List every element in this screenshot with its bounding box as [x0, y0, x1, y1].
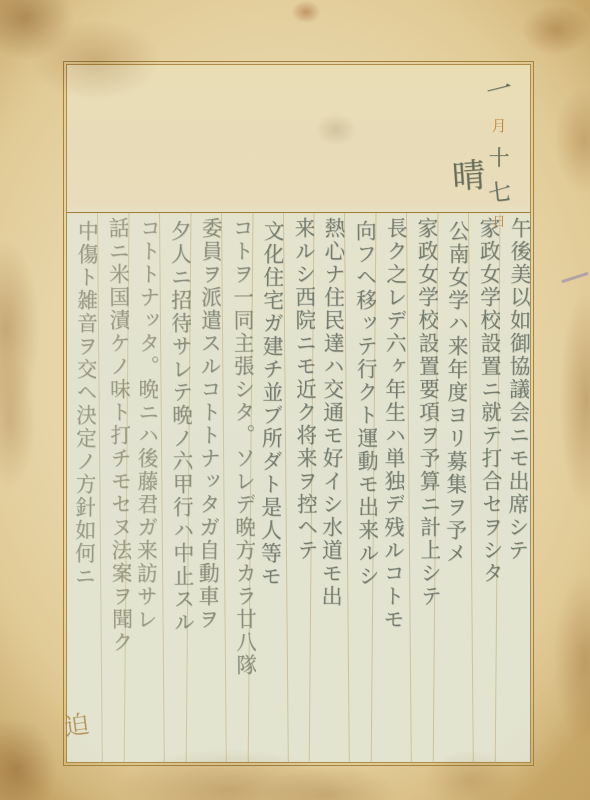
- pen-mark: [561, 272, 589, 284]
- diary-column: コトヲ一同主張シタ。ソレデ晩方カラ廿八隊: [221, 213, 257, 763]
- day-label-printed: 日: [492, 211, 505, 230]
- month-label-printed: 月: [491, 115, 506, 136]
- diary-column: 家政女学校設置ニ就テ打合セヲシタ: [468, 213, 504, 763]
- trailing-character: 迫: [62, 704, 92, 743]
- diary-column: 来ルシ西院ニモ近ク将来ヲ控ヘテ: [283, 213, 319, 763]
- diary-text-area: 午後美以如御協議会ニモ出席シテ 家政女学校設置ニ就テ打合セヲシタ 公南女学ハ来年…: [67, 212, 530, 763]
- diary-column: 話ニ米国漬ケノ味ト打チモセヌ法案ヲ聞ク: [97, 213, 133, 763]
- diary-column: 中傷ト雑音ヲ交ヘ決定ノ方針如何ニ: [63, 213, 98, 763]
- diary-column: 家政女学校設置要項ヲ予算ニ計上シテ: [406, 213, 442, 763]
- diary-column: 夕人ニ招待サレテ晩ノ六甲行ハ中止スル: [159, 213, 195, 763]
- diary-page: 一 月 十 七 日 晴 午後美以如御協議会ニモ出席シテ 家政女学校設置ニ就テ打合…: [0, 0, 590, 800]
- diary-column: 向フヘ移ッテ行クト運動モ出来ルシ: [344, 213, 380, 763]
- date-column: 一 月 十 七 日: [484, 70, 514, 230]
- day-numeral-tens-handwritten: 十: [489, 142, 510, 172]
- weather-entry: 晴: [450, 149, 486, 198]
- day-numeral-ones-handwritten: 七: [486, 173, 512, 208]
- month-numeral-handwritten: 一: [482, 67, 516, 109]
